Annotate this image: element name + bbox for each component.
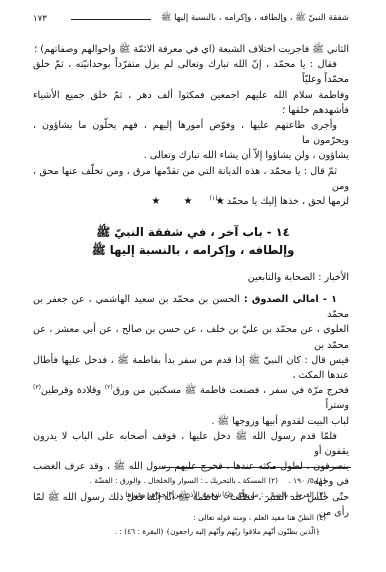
header-rule <box>71 19 151 20</box>
footnote-separator <box>163 467 351 468</box>
text-fragment: وستراً <box>325 400 349 411</box>
hadith-source: ١ - امالي الصدوق : <box>244 294 337 305</box>
text-fragment: فخرج مرّة في سفر ، فصنعت فاطمة ﷺ مسكتين … <box>113 385 349 396</box>
top-paragraphs: الثاني ﷺ فاجريت اختلاف الشيعة (اي في معر… <box>33 42 349 209</box>
chapter-title-line: وإلطافه ، وإكرامه ، بالنسبة إليها ﷺ <box>0 241 386 259</box>
chapter-title-line: ١٤ - باب آخر ، في شفقة النبيّ ﷺ <box>0 223 386 241</box>
text-line: العلوي ، عن محمّد بن عليّ بن خلف ، عن حس… <box>33 322 349 352</box>
text-line: ثمّ قال : يا محمّد ، هذه الديانة التي من… <box>33 164 349 194</box>
section-label: الأخبار : الصحابة والتابعين <box>248 272 349 283</box>
text-line: فلمّا قدم رسول الله ﷺ دخل عليها ، فوقف أ… <box>33 429 349 459</box>
text-line: الثاني ﷺ فاجريت اختلاف الشيعة (اي في معر… <box>33 42 349 57</box>
footnote-3: (٣) القرط ـ بالضمّ ـ : ما يعلّق في شحمة … <box>60 488 326 502</box>
book-page: شفقة النبيّ ﷺ ، وإلطافه ، وإكرامه ، بالن… <box>0 0 386 572</box>
footnote-spacer <box>60 502 326 511</box>
text-line: فخرج مرّة في سفر ، فصنعت فاطمة ﷺ مسكتين … <box>33 383 349 413</box>
text-line: فقال : يا محمّد ، إنّ الله تبارك وتعالى … <box>33 57 349 87</box>
footnote-4: (٤) الظنّ هنا مفيد العلم ، ومنه قوله تعا… <box>60 511 326 525</box>
running-header: شفقة النبيّ ﷺ ، وإلطافه ، وإكرامه ، بالن… <box>33 12 349 26</box>
footnotes: (١) ٥/ ١٩٠ . (٢) المسكة ـ بالتحريك ـ : ا… <box>60 474 326 539</box>
footnote-ref[interactable]: (٢) <box>105 384 113 391</box>
section-separator-stars: ★ ★ ★ <box>0 196 386 207</box>
text-fragment: وقلادة وقرطين <box>41 385 105 396</box>
text-line: وأجرى طاعتهم عليها ، وفوّض أمورها إليهم … <box>33 118 349 148</box>
page-number: ١٧٣ <box>33 14 47 24</box>
text-line: يشاؤون ، ولن يشاؤوا إلاّ أن يشاء الله تب… <box>33 148 349 163</box>
footnote-2: (٢) المسكة ـ بالتحريك ـ : السوار والخلخا… <box>90 474 278 488</box>
footnote-ref[interactable]: (٣) <box>33 384 41 391</box>
text-line: وفاطمة سلام الله عليهم اجمعين فمكثوا ألف… <box>33 88 349 118</box>
text-line: ١ - امالي الصدوق : الحسن بن محمّد بن سعي… <box>33 292 349 322</box>
footnote-row: (١) ٥/ ١٩٠ . (٢) المسكة ـ بالتحريك ـ : ا… <box>60 474 326 488</box>
text-line: لباب البيت لقدوم أبيها وزوجها ﷺ . <box>33 414 349 429</box>
running-title: شفقة النبيّ ﷺ ، وإلطافه ، وإكرامه ، بالن… <box>161 13 349 25</box>
footnote-1: (١) ٥/ ١٩٠ . <box>278 474 326 488</box>
footnote-4-verse: ﴿الّذين يظنّون أنّهم ملاقوا ربّهم وأنّهم… <box>60 525 326 539</box>
text-line: قيس قال : كان النبيّ ﷺ إذا قدم من سفر بد… <box>33 353 349 383</box>
chapter-title: ١٤ - باب آخر ، في شفقة النبيّ ﷺ وإلطافه … <box>0 223 386 259</box>
